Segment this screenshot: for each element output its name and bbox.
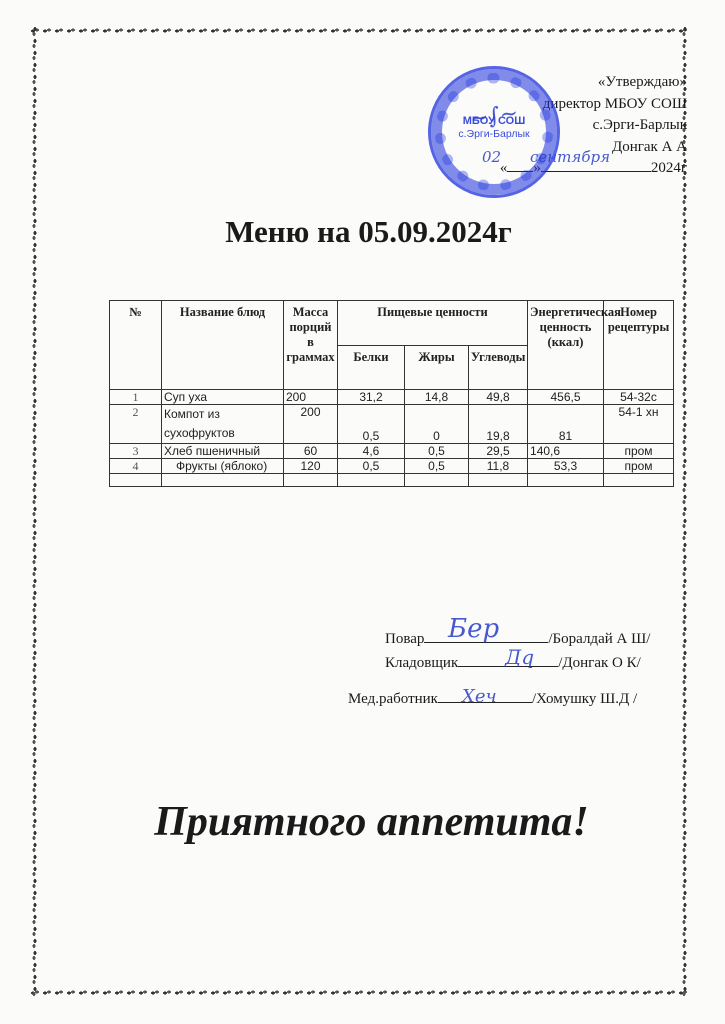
storekeeper-signature: Дq — [505, 645, 534, 669]
cook-signature: Бер — [448, 614, 499, 644]
header-carbs: Углеводы — [469, 346, 528, 390]
date-month-blank — [541, 171, 651, 172]
border-left — [30, 26, 40, 998]
handwritten-date-month: сентября — [530, 148, 610, 166]
medic-signature: Хеч — [462, 686, 497, 707]
page-title: Меню на 05.09.2024г — [0, 214, 725, 250]
table-row: 1 Суп уха 200 31,2 14,8 49,8 456,5 54-32… — [110, 390, 674, 405]
footer-message: Приятного аппетита! — [0, 798, 725, 846]
header-nutrition-group: Пищевые ценности — [338, 301, 528, 346]
header-protein: Белки — [338, 346, 405, 390]
table-row-empty — [110, 474, 674, 487]
table-row: 4 Фрукты (яблоко) 120 0,5 0,5 11,8 53,3 … — [110, 459, 674, 474]
official-stamp: МБОУ СОШ с.Эрги-Барлык — [428, 66, 560, 198]
border-top — [30, 26, 690, 36]
header-energy: Энергетическая ценность (ккал) — [528, 301, 604, 390]
header-dish-name: Название блюд — [162, 301, 284, 390]
table-row: 3 Хлеб пшеничный 60 4,6 0,5 29,5 140,6 п… — [110, 444, 674, 459]
table-row: 2 Компот из сухофруктов 200 0,5 0 19,8 8… — [110, 405, 674, 444]
handwritten-date-day: 02 — [482, 148, 501, 166]
header-num: № — [110, 301, 162, 390]
border-bottom — [30, 988, 690, 998]
header-mass: Масса порций в граммах — [284, 301, 338, 390]
menu-table: № Название блюд Масса порций в граммах П… — [109, 300, 674, 487]
header-fat: Жиры — [405, 346, 469, 390]
